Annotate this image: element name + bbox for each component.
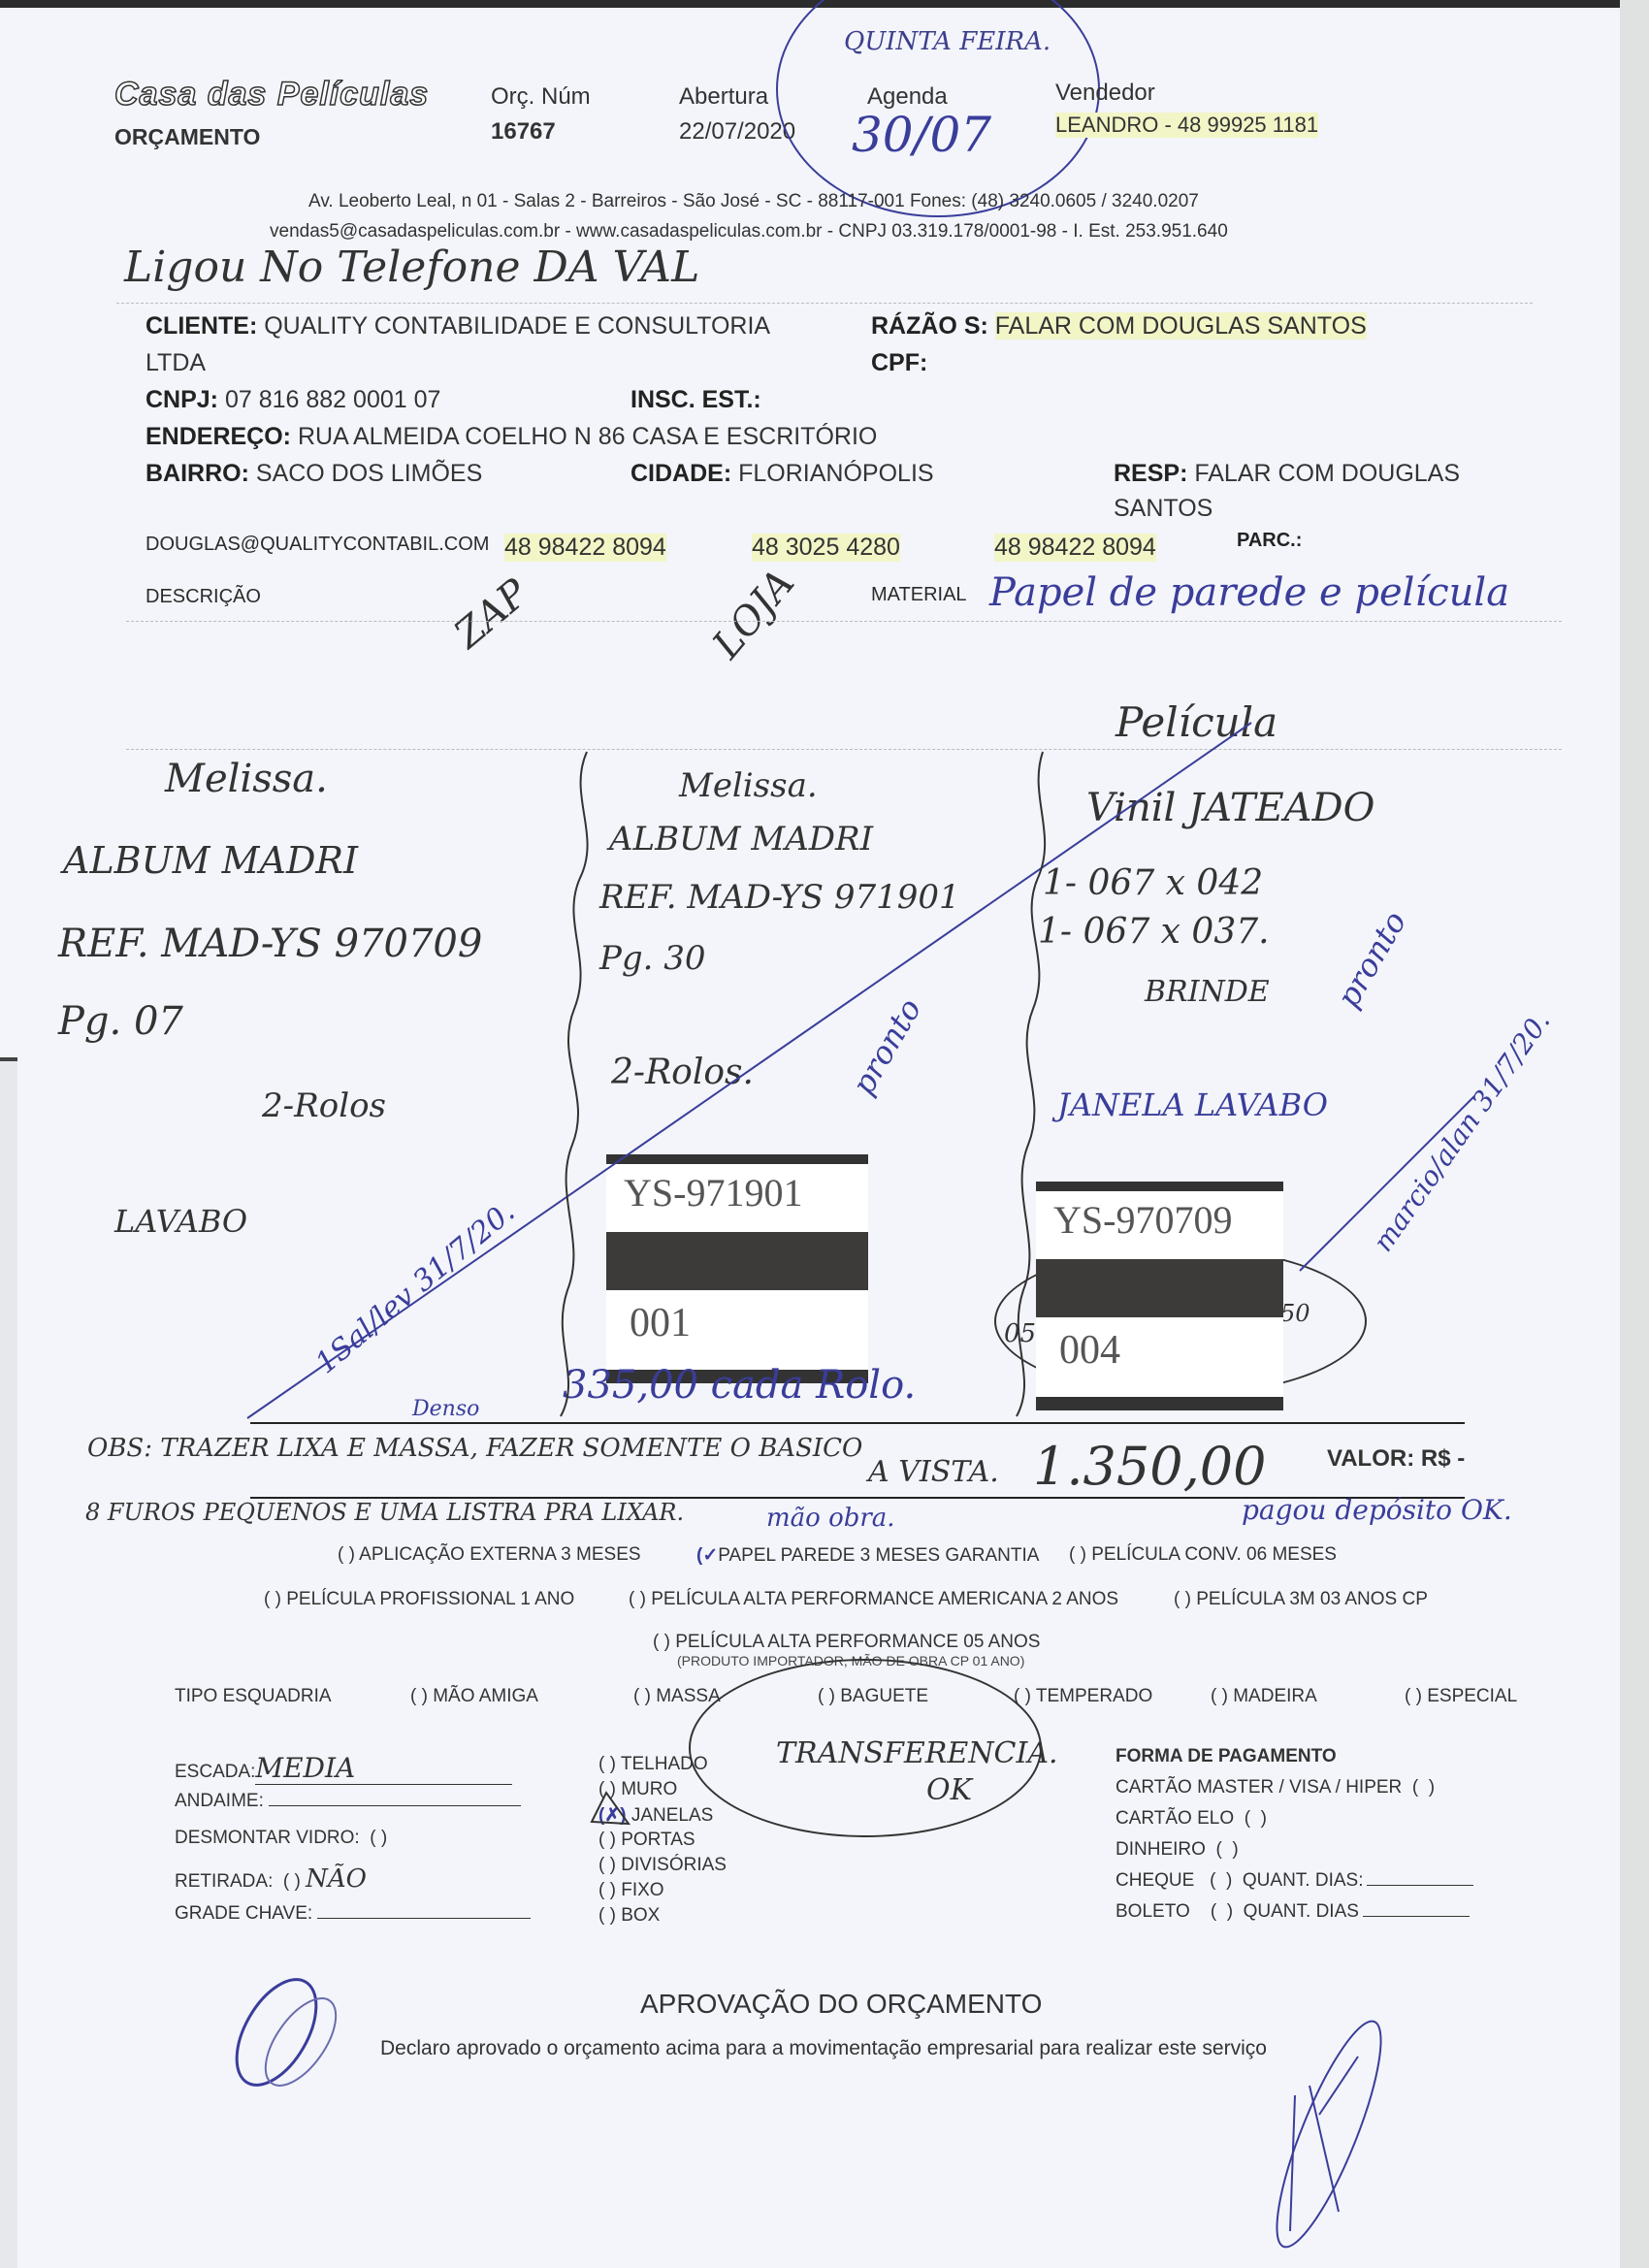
column-separator: [561, 752, 588, 1416]
ink-overlay: [0, 0, 1649, 2268]
signature-right: [1258, 2012, 1400, 2257]
signature-left: [220, 1966, 332, 2098]
diagonal-strike: [247, 723, 1251, 1418]
column-separator: [1017, 752, 1045, 1416]
